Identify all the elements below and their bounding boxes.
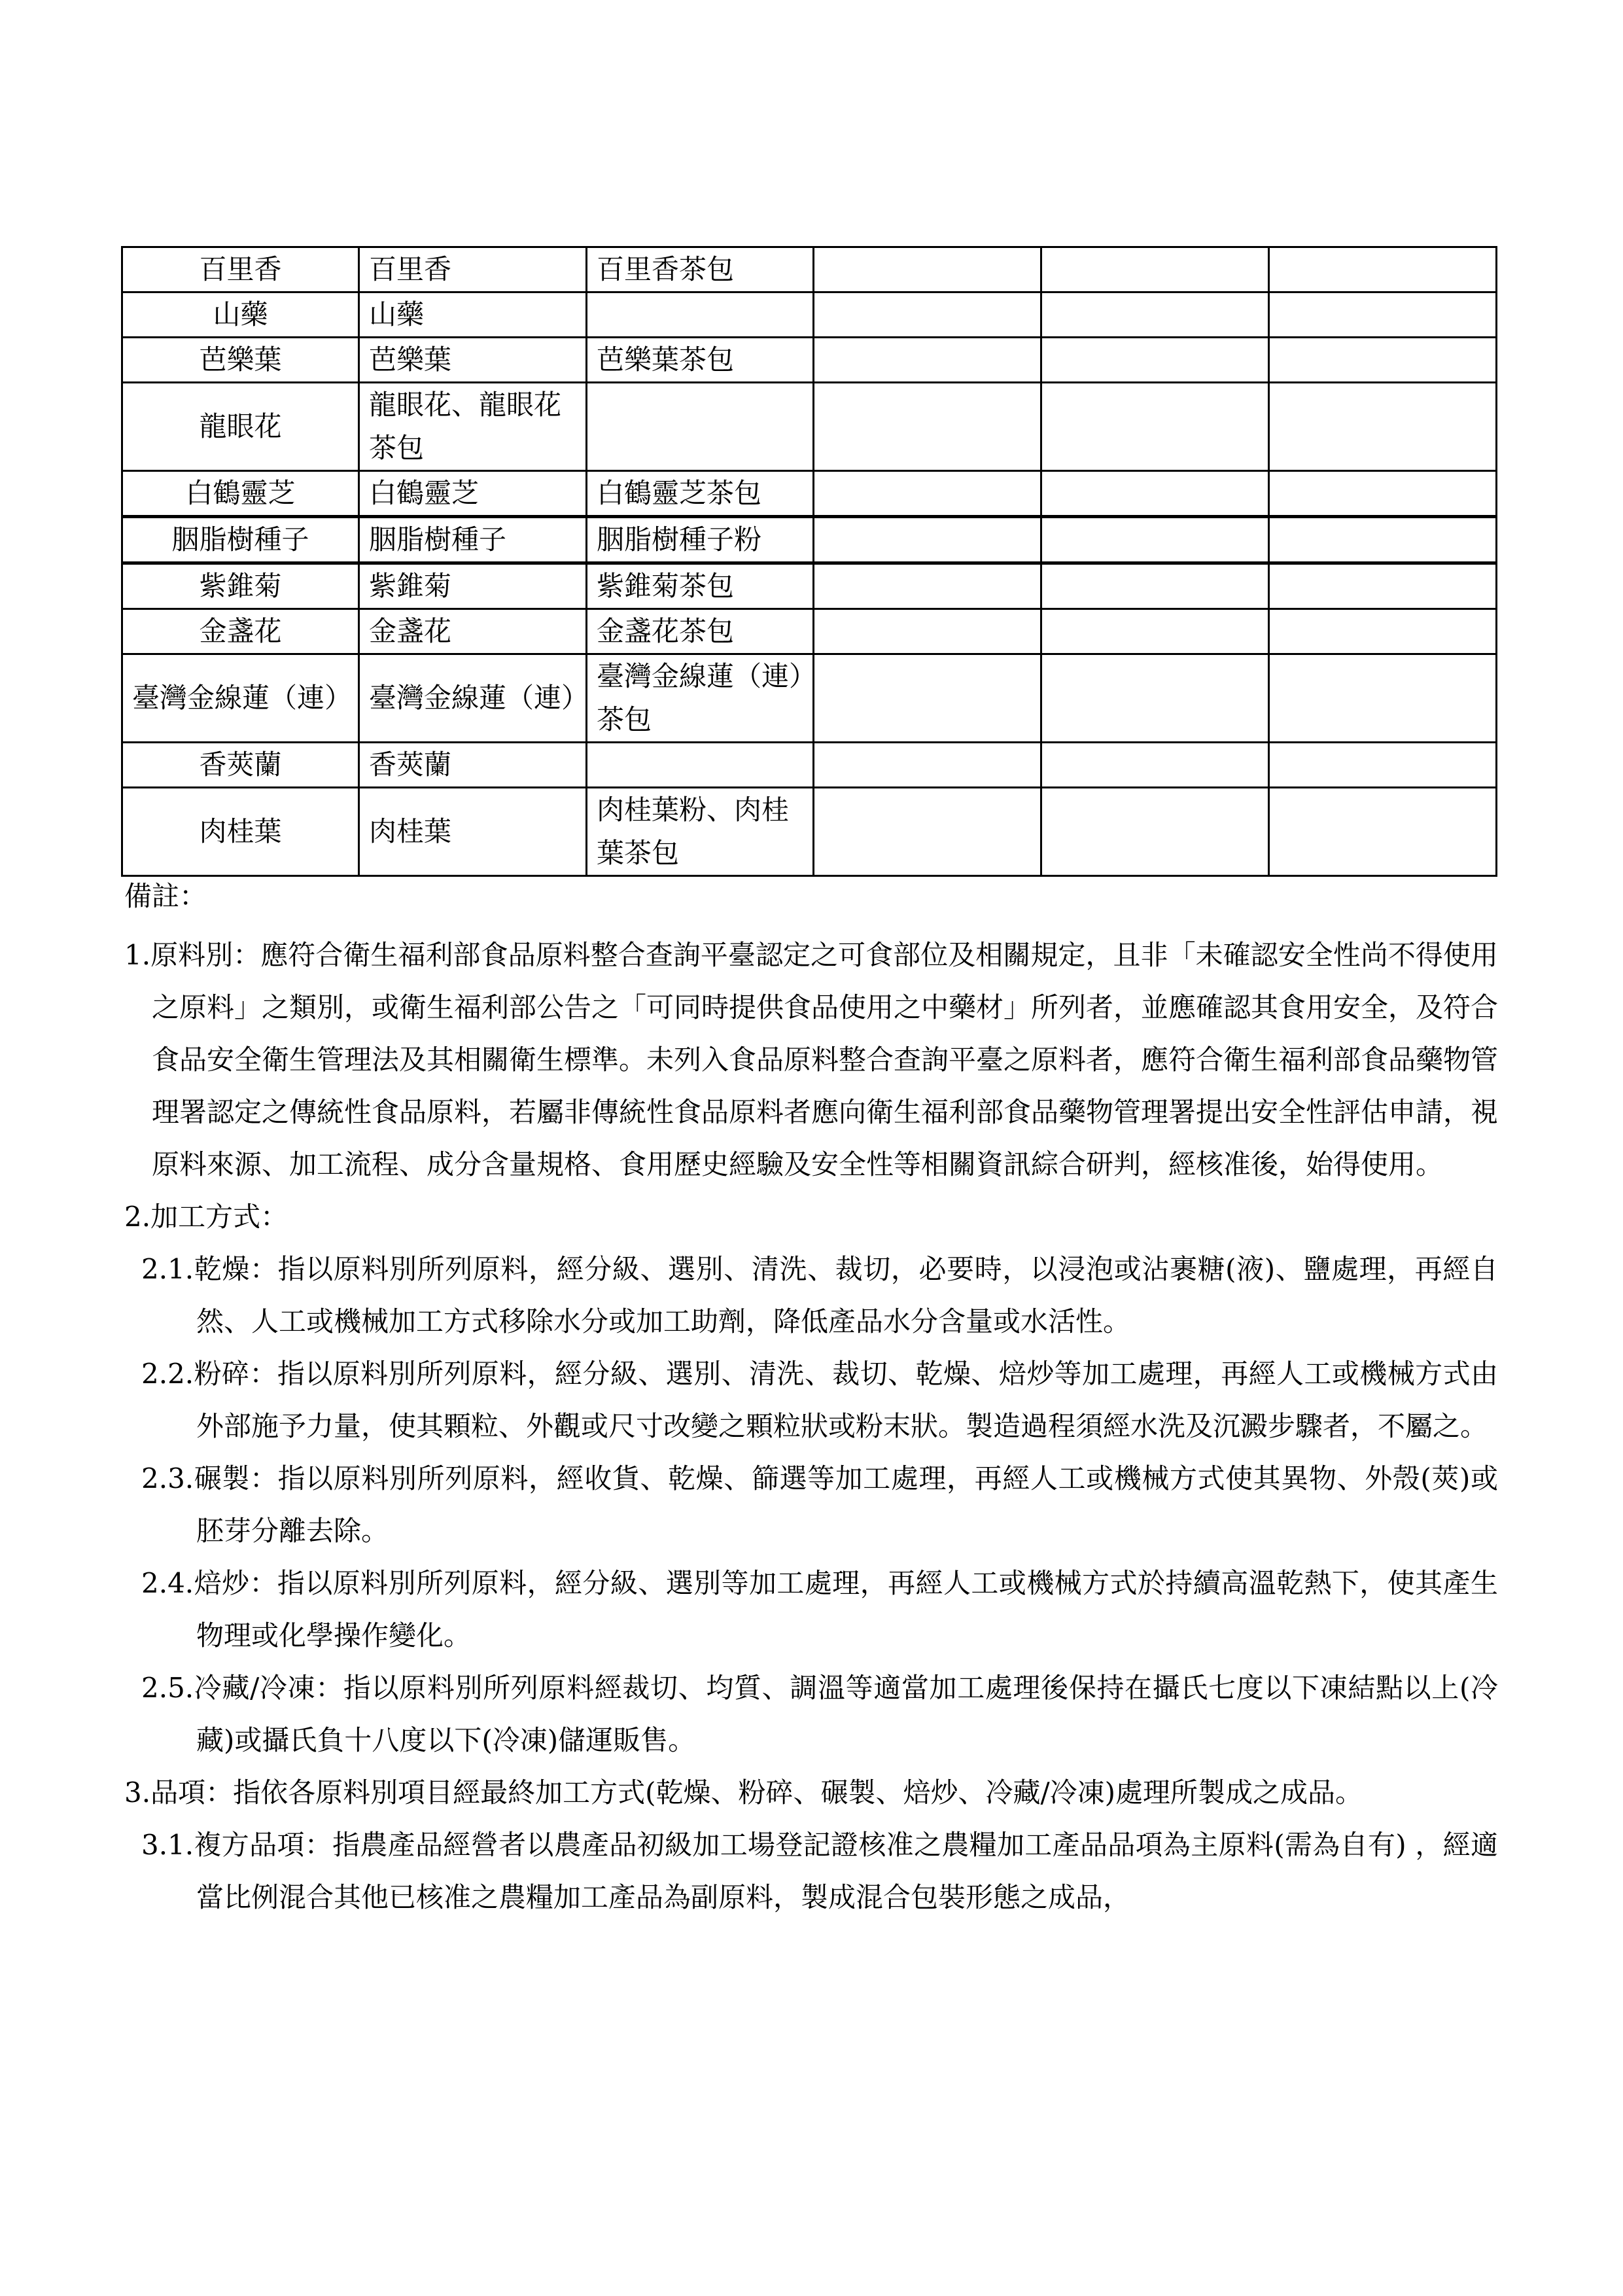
table-cell	[814, 743, 1041, 788]
note-raw-material: 1.原料別：應符合衛生福利部食品原料整合查詢平臺認定之可食部位及相關規定，且非「…	[124, 929, 1498, 1191]
table-cell	[1041, 654, 1269, 743]
table-cell	[1269, 247, 1497, 292]
table-cell: 紫錐菊	[122, 563, 359, 609]
table-cell: 芭樂葉	[359, 338, 587, 383]
table-cell: 肉桂葉粉、肉桂葉茶包	[587, 788, 814, 876]
table-cell: 香莢蘭	[359, 743, 587, 788]
table-cell	[1041, 292, 1269, 338]
table-cell	[1041, 247, 1269, 292]
table-cell: 香莢蘭	[122, 743, 359, 788]
table-cell	[814, 788, 1041, 876]
note-roasting: 2.4.焙炒：指以原料別所列原料，經分級、選別等加工處理，再經人工或機械方式於持…	[124, 1557, 1498, 1662]
table-cell	[814, 471, 1041, 517]
table-cell	[587, 292, 814, 338]
materials-table-body: 百里香百里香百里香茶包山藥山藥芭樂葉芭樂葉芭樂葉茶包龍眼花龍眼花、龍眼花茶包白鶴…	[122, 247, 1497, 876]
table-cell	[587, 743, 814, 788]
table-cell	[1269, 517, 1497, 563]
table-cell	[1041, 383, 1269, 471]
table-row: 紫錐菊紫錐菊紫錐菊茶包	[122, 563, 1497, 609]
table-cell	[814, 609, 1041, 654]
table-cell: 臺灣金線蓮（連）	[359, 654, 587, 743]
table-cell: 臺灣金線蓮（連）茶包	[587, 654, 814, 743]
table-cell	[587, 383, 814, 471]
table-row: 金盞花金盞花金盞花茶包	[122, 609, 1497, 654]
table-cell: 芭樂葉	[122, 338, 359, 383]
table-cell: 肉桂葉	[122, 788, 359, 876]
table-cell: 白鶴靈芝茶包	[587, 471, 814, 517]
table-cell: 胭脂樹種子	[122, 517, 359, 563]
table-cell: 肉桂葉	[359, 788, 587, 876]
table-cell: 龍眼花	[122, 383, 359, 471]
table-cell	[1041, 517, 1269, 563]
table-cell: 金盞花	[122, 609, 359, 654]
table-cell	[1041, 471, 1269, 517]
table-cell	[814, 292, 1041, 338]
table-cell: 胭脂樹種子	[359, 517, 587, 563]
table-cell	[1269, 563, 1497, 609]
table-cell	[814, 563, 1041, 609]
table-row: 胭脂樹種子胭脂樹種子胭脂樹種子粉	[122, 517, 1497, 563]
note-refrigeration-freezing: 2.5.冷藏/冷凍：指以原料別所列原料經裁切、均質、調溫等適當加工處理後保持在攝…	[124, 1662, 1498, 1767]
table-row: 龍眼花龍眼花、龍眼花茶包	[122, 383, 1497, 471]
table-cell	[1269, 338, 1497, 383]
table-cell: 臺灣金線蓮（連）	[122, 654, 359, 743]
table-cell: 山藥	[359, 292, 587, 338]
table-cell: 白鶴靈芝	[122, 471, 359, 517]
table-cell	[1269, 654, 1497, 743]
table-cell	[1041, 788, 1269, 876]
document-page: 百里香百里香百里香茶包山藥山藥芭樂葉芭樂葉芭樂葉茶包龍眼花龍眼花、龍眼花茶包白鶴…	[0, 0, 1623, 2296]
table-row: 百里香百里香百里香茶包	[122, 247, 1497, 292]
table-row: 芭樂葉芭樂葉芭樂葉茶包	[122, 338, 1497, 383]
table-cell	[1269, 743, 1497, 788]
table-cell	[1269, 609, 1497, 654]
table-cell: 百里香茶包	[587, 247, 814, 292]
note-drying: 2.1.乾燥：指以原料別所列原料，經分級、選別、清洗、裁切，必要時，以浸泡或沾裹…	[124, 1243, 1498, 1348]
table-cell: 龍眼花、龍眼花茶包	[359, 383, 587, 471]
table-cell: 金盞花茶包	[587, 609, 814, 654]
table-cell: 紫錐菊	[359, 563, 587, 609]
table-cell	[814, 517, 1041, 563]
table-cell	[1269, 383, 1497, 471]
table-cell	[1041, 338, 1269, 383]
table-cell	[1269, 471, 1497, 517]
table-cell: 山藥	[122, 292, 359, 338]
table-cell	[814, 338, 1041, 383]
notes-title: 備註：	[124, 870, 1498, 923]
notes-section: 備註： 1.原料別：應符合衛生福利部食品原料整合查詢平臺認定之可食部位及相關規定…	[124, 870, 1498, 1924]
table-row: 臺灣金線蓮（連）臺灣金線蓮（連）臺灣金線蓮（連）茶包	[122, 654, 1497, 743]
table-cell	[1041, 743, 1269, 788]
table-cell	[814, 654, 1041, 743]
table-cell	[1041, 563, 1269, 609]
table-cell: 百里香	[122, 247, 359, 292]
note-milling: 2.3.碾製：指以原料別所列原料，經收貨、乾燥、篩選等加工處理，再經人工或機械方…	[124, 1453, 1498, 1557]
table-cell: 紫錐菊茶包	[587, 563, 814, 609]
table-cell	[1269, 788, 1497, 876]
table-cell	[814, 247, 1041, 292]
table-row: 白鶴靈芝白鶴靈芝白鶴靈芝茶包	[122, 471, 1497, 517]
note-grinding: 2.2.粉碎：指以原料別所列原料，經分級、選別、清洗、裁切、乾燥、焙炒等加工處理…	[124, 1348, 1498, 1453]
note-product-items: 3.品項：指依各原料別項目經最終加工方式(乾燥、粉碎、碾製、焙炒、冷藏/冷凍)處…	[124, 1767, 1498, 1819]
table-cell: 白鶴靈芝	[359, 471, 587, 517]
table-cell: 胭脂樹種子粉	[587, 517, 814, 563]
table-cell: 金盞花	[359, 609, 587, 654]
table-cell	[814, 383, 1041, 471]
materials-table: 百里香百里香百里香茶包山藥山藥芭樂葉芭樂葉芭樂葉茶包龍眼花龍眼花、龍眼花茶包白鶴…	[121, 246, 1497, 877]
note-compound-items: 3.1.複方品項：指農產品經營者以農產品初級加工場登記證核准之農糧加工產品品項為…	[124, 1819, 1498, 1924]
table-row: 肉桂葉肉桂葉肉桂葉粉、肉桂葉茶包	[122, 788, 1497, 876]
table-row: 山藥山藥	[122, 292, 1497, 338]
note-processing-methods: 2.加工方式：	[124, 1191, 1498, 1243]
table-cell: 芭樂葉茶包	[587, 338, 814, 383]
table-cell	[1269, 292, 1497, 338]
table-cell: 百里香	[359, 247, 587, 292]
table-row: 香莢蘭香莢蘭	[122, 743, 1497, 788]
table-cell	[1041, 609, 1269, 654]
